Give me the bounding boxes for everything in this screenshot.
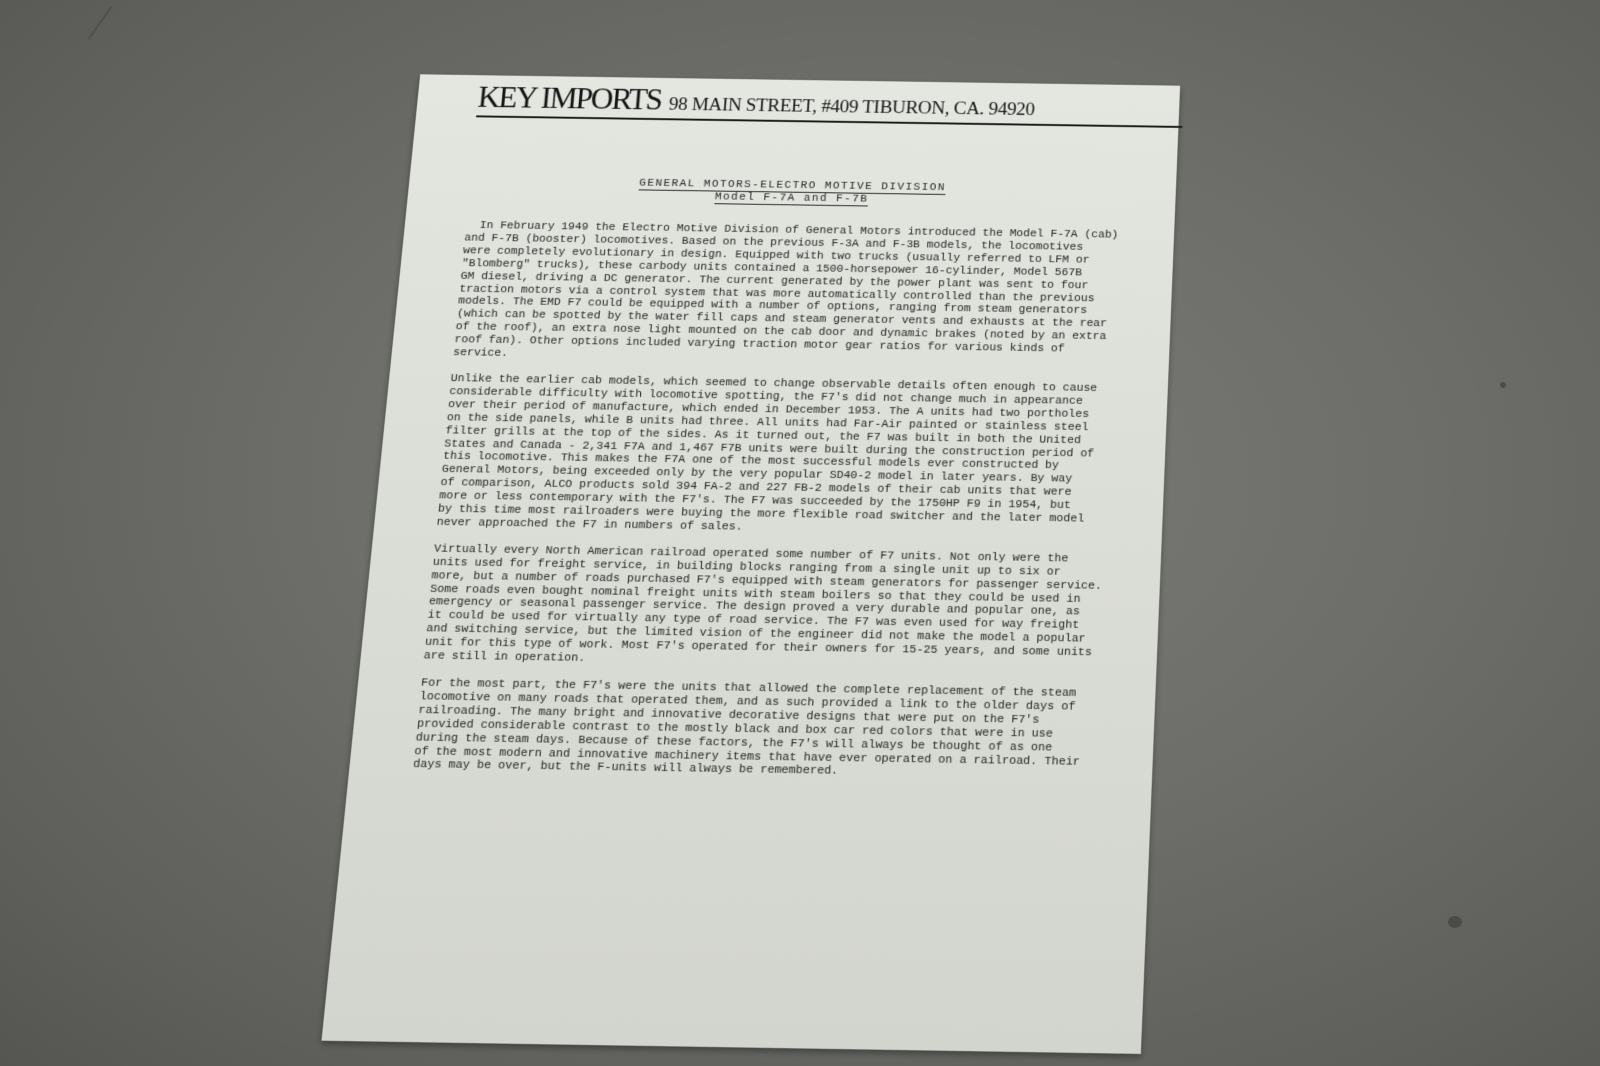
paragraph-legacy: For the most part, the F7's were the uni…: [412, 677, 1126, 784]
title-line-2: Model F-7A and F-7B: [714, 192, 868, 207]
paragraph-production: Unlike the earlier cab models, which see…: [436, 373, 1139, 541]
document-body: In February 1949 the Electro Motive Divi…: [411, 220, 1146, 798]
paragraph-intro: In February 1949 the Electro Motive Divi…: [452, 220, 1145, 371]
letterhead: KEY IMPORTS 98 MAIN STREET, #409 TIBURON…: [476, 75, 1184, 128]
company-address: 98 MAIN STREET, #409 TIBURON, CA. 94920: [668, 95, 1035, 120]
photo-scene: KEY IMPORTS 98 MAIN STREET, #409 TIBURON…: [0, 0, 1600, 1066]
document-title: GENERAL MOTORS-ELECTRO MOTIVE DIVISION M…: [407, 174, 1176, 211]
document-sheet: KEY IMPORTS 98 MAIN STREET, #409 TIBURON…: [322, 74, 1181, 1054]
brand-name: KEY IMPORTS: [477, 82, 663, 114]
paragraph-usage: Virtually every North American railroad …: [423, 543, 1132, 675]
